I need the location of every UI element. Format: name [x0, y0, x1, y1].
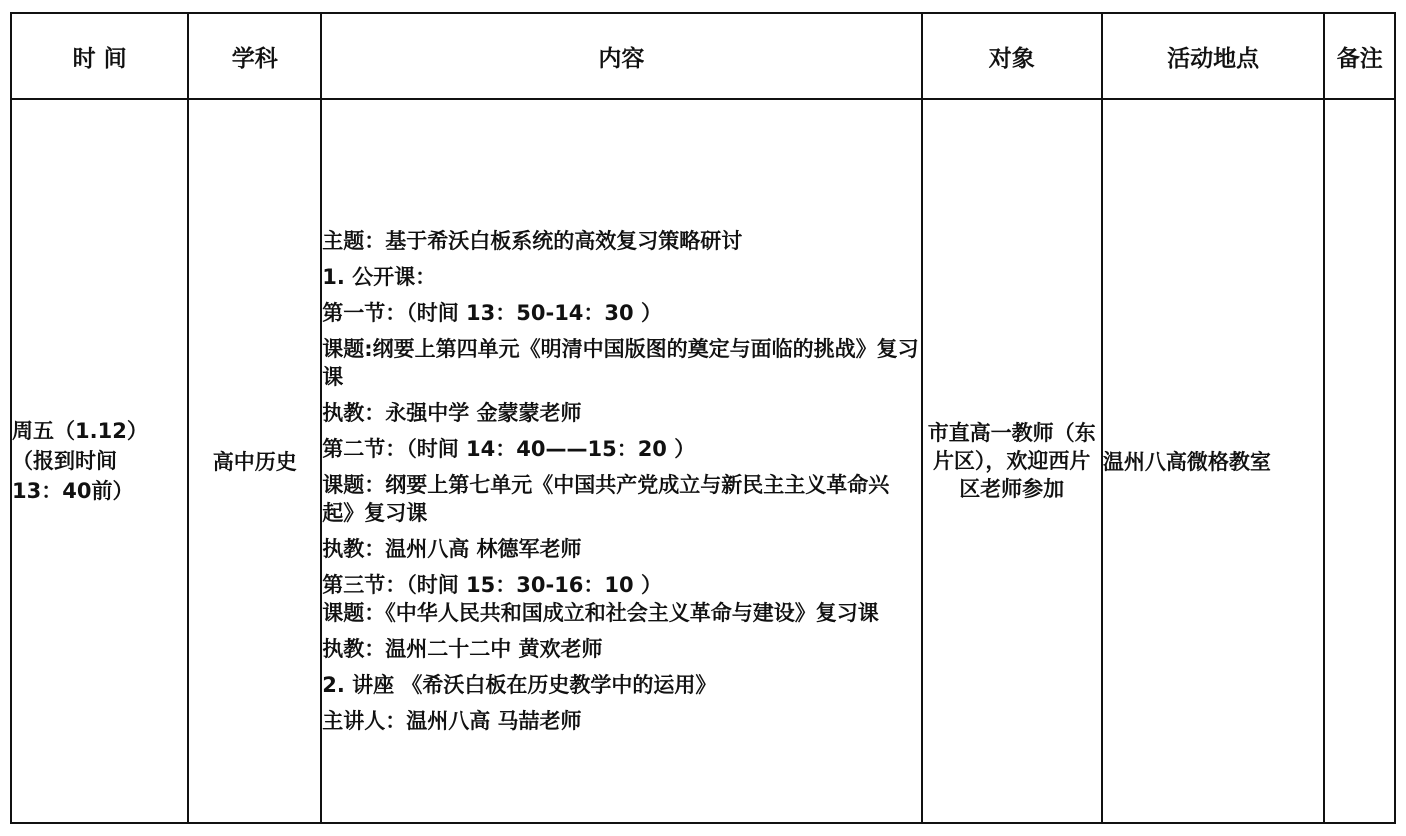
time-checkin-label: （报到时间 — [12, 446, 187, 476]
lesson1-period: 第一节：（时间 13：50-14：30 ） — [322, 299, 920, 327]
header-location: 活动地点 — [1102, 13, 1325, 99]
header-target: 对象 — [922, 13, 1102, 99]
header-subject: 学科 — [188, 13, 321, 99]
content-section2-lecture: 2. 讲座 《希沃白板在历史教学中的运用》 — [322, 671, 920, 699]
schedule-table: 时 间 学科 内容 对象 活动地点 备注 周五（1.12） （报到时间 13：4… — [10, 12, 1396, 824]
lesson1-topic: 课题:纲要上第四单元《明清中国版图的奠定与面临的挑战》复习课 — [322, 335, 920, 391]
time-checkin-value: 13：40前） — [12, 476, 187, 506]
lesson3-period: 第三节：（时间 15：30-16：10 ） — [322, 571, 920, 599]
cell-subject: 高中历史 — [188, 99, 321, 823]
lesson3-topic: 课题：《中华人民共和国成立和社会主义革命与建设》复习课 — [322, 599, 920, 627]
lesson1-teacher: 执教：永强中学 金蒙蒙老师 — [322, 399, 920, 427]
cell-content: 主题：基于希沃白板系统的高效复习策略研讨 1. 公开课： 第一节：（时间 13：… — [321, 99, 921, 823]
header-content: 内容 — [321, 13, 921, 99]
lesson3-teacher: 执教：温州二十二中 黄欢老师 — [322, 635, 920, 663]
lesson2-teacher: 执教：温州八高 林德军老师 — [322, 535, 920, 563]
lesson2-topic: 课题：纲要上第七单元《中国共产党成立与新民主主义革命兴起》复习课 — [322, 471, 920, 527]
header-remarks: 备注 — [1324, 13, 1395, 99]
cell-target: 市直高一教师（东片区），欢迎西片区老师参加 — [922, 99, 1102, 823]
lesson2-period: 第二节：（时间 14：40——15：20 ） — [322, 435, 920, 463]
cell-remarks — [1324, 99, 1395, 823]
time-day: 周五（1.12） — [12, 416, 187, 446]
content-theme: 主题：基于希沃白板系统的高效复习策略研讨 — [322, 227, 920, 255]
header-row: 时 间 学科 内容 对象 活动地点 备注 — [11, 13, 1395, 99]
header-time: 时 间 — [11, 13, 188, 99]
content-section1-label: 1. 公开课： — [322, 263, 920, 291]
table-row: 周五（1.12） （报到时间 13：40前） 高中历史 主题：基于希沃白板系统的… — [11, 99, 1395, 823]
cell-location: 温州八高微格教室 — [1102, 99, 1325, 823]
cell-time: 周五（1.12） （报到时间 13：40前） — [11, 99, 188, 823]
content-speaker: 主讲人：温州八高 马喆老师 — [322, 707, 920, 735]
